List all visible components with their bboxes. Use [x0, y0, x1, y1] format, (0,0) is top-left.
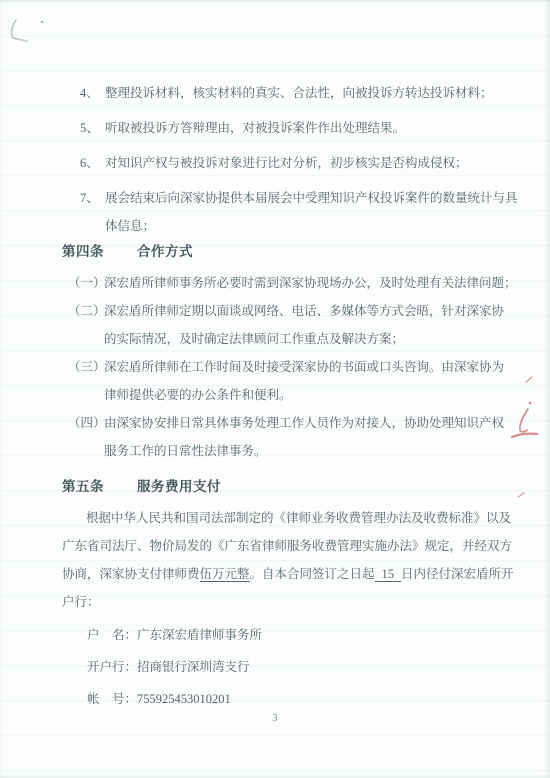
text-line: 户行： — [62, 588, 506, 616]
text-segment: 协商，深家协支付律师费 — [62, 567, 200, 581]
text-line: 服务工作的日常性法律事务。 — [104, 437, 506, 465]
block-marker: （二） — [68, 297, 106, 325]
text-block: （一）深宏盾所律师事务所必要时需到深家协现场办公，及时处理有关法律问题； — [62, 269, 506, 297]
block-marker: 6、 — [80, 149, 99, 177]
text-line: 展会结束后向深家协提供本届展会中受理知识产权投诉案件的数量统计与具 — [105, 184, 506, 212]
block-marker: 第五条 — [62, 479, 104, 494]
text-block: 5、听取被投诉方答辩理由，对被投诉案件作出处理结果。 — [62, 114, 506, 142]
text-line: 广东省司法厅、物价局发的《广东省律师服务收费管理实施办法》规定，并经双方 — [62, 532, 506, 560]
text-line: 开户行：招商银行深圳湾支行 — [87, 653, 506, 681]
block-marker: 4、 — [80, 79, 99, 107]
article-heading: 第四条合作方式 — [62, 238, 506, 266]
article-title: 服务费用支付 — [137, 479, 221, 494]
document-body: 4、整理投诉材料，核实材料的真实、合法性，向被投诉方转达投诉材料；5、听取被投诉… — [0, 0, 550, 713]
block-marker: （四） — [68, 409, 106, 437]
block-marker: 第四条 — [62, 244, 104, 259]
text-block: 4、整理投诉材料，核实材料的真实、合法性，向被投诉方转达投诉材料； — [62, 79, 506, 107]
text-line: 对知识产权与被投诉对象进行比对分析，初步核实是否构成侵权； — [105, 149, 506, 177]
block-marker: （三） — [68, 353, 106, 381]
text-block: 7、展会结束后向深家协提供本届展会中受理知识产权投诉案件的数量统计与具体信息； — [62, 184, 506, 240]
page-number: 3 — [0, 712, 550, 726]
text-block: （四）由深家协安排日常具体事务处理工作人员作为对接人，协助处理知识产权服务工作的… — [62, 409, 506, 465]
text-line: 体信息； — [105, 212, 506, 240]
text-segment: 日内径付深宏盾所开 — [401, 567, 514, 581]
text-block: 户 名：广东深宏盾律师事务所开户行：招商银行深圳湾支行帐 号：755925453… — [62, 621, 506, 713]
text-line: 由深家协安排日常具体事务处理工作人员作为对接人，协助处理知识产权 — [104, 409, 506, 437]
text-line: 根据中华人民共和国司法部制定的《律师业务收费管理办法及收费标准》以及 — [62, 504, 506, 532]
article-title: 合作方式 — [137, 244, 193, 259]
text-line: 整理投诉材料，核实材料的真实、合法性，向被投诉方转达投诉材料； — [105, 79, 506, 107]
underlined-value: 15 — [375, 567, 402, 582]
text-line: 的实际情况，及时确定法律顾问工作重点及解决方案； — [104, 325, 506, 353]
text-line: 律师提供必要的办公条件和便利。 — [104, 381, 506, 409]
text-block: （三）深宏盾所律师在工作时间及时接受深家协的书面或口头咨询。由深家协为律师提供必… — [62, 353, 506, 409]
article-heading: 第五条服务费用支付 — [62, 473, 506, 501]
text-line: 协商，深家协支付律师费伍万元整。自本合同签订之日起15日内径付深宏盾所开 — [62, 560, 506, 588]
text-line: 听取被投诉方答辩理由，对被投诉案件作出处理结果。 — [105, 114, 506, 142]
text-block: （二）深宏盾所律师定期以面谈或网络、电话、多媒体等方式会晤，针对深家协的实际情况… — [62, 297, 506, 353]
text-block: 6、对知识产权与被投诉对象进行比对分析，初步核实是否构成侵权； — [62, 149, 506, 177]
scanned-contract-page: 4、整理投诉材料，核实材料的真实、合法性，向被投诉方转达投诉材料；5、听取被投诉… — [0, 0, 550, 778]
text-line: 户 名：广东深宏盾律师事务所 — [87, 621, 506, 649]
block-marker: 7、 — [80, 184, 99, 212]
text-line: 深宏盾所律师定期以面谈或网络、电话、多媒体等方式会晤，针对深家协 — [104, 297, 506, 325]
text-line: 深宏盾所律师事务所必要时需到深家协现场办公，及时处理有关法律问题； — [104, 269, 506, 297]
text-block: 根据中华人民共和国司法部制定的《律师业务收费管理办法及收费标准》以及广东省司法厅… — [62, 504, 506, 616]
text-line: 深宏盾所律师在工作时间及时接受深家协的书面或口头咨询。由深家协为 — [104, 353, 506, 381]
block-marker: 5、 — [80, 114, 99, 142]
underlined-value: 伍万元整 — [200, 567, 250, 582]
text-line: 帐 号：755925453010201 — [87, 685, 506, 713]
block-marker: （一） — [68, 269, 106, 297]
text-segment: 。自本合同签订之日起 — [250, 567, 375, 581]
